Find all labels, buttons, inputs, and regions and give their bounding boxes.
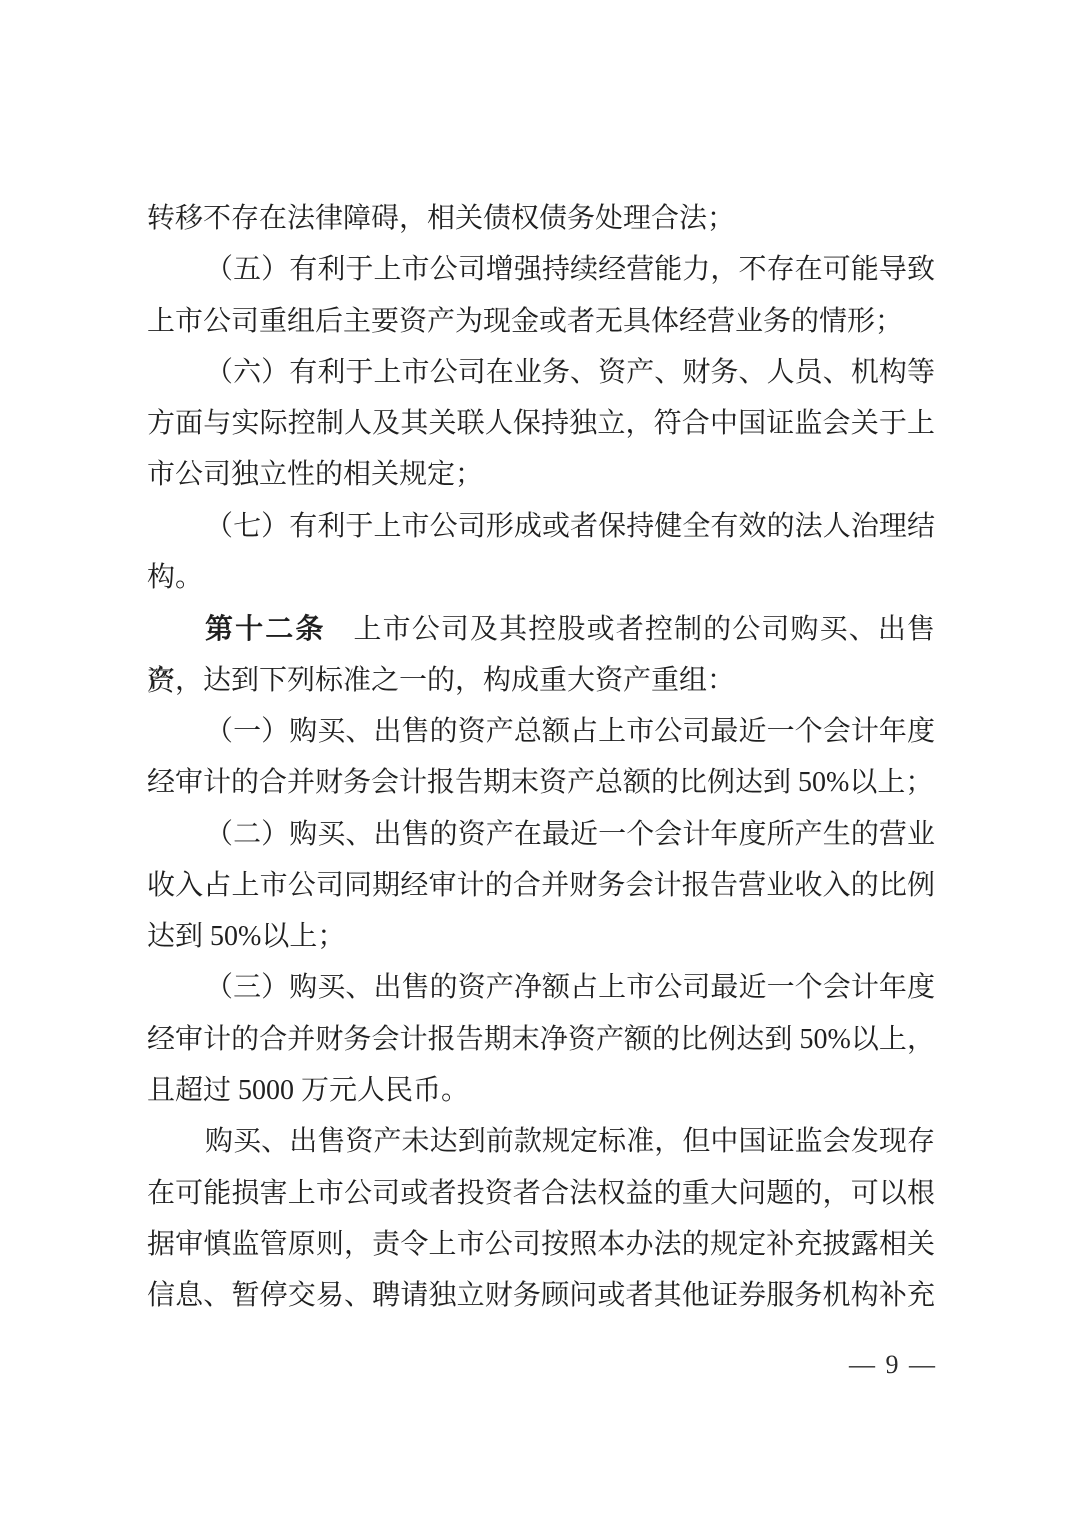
document-body: 转移不存在法律障碍，相关债权债务处理合法； （五）有利于上市公司增强持续经营能力… <box>147 193 935 1322</box>
text-line: 在可能损害上市公司或者投资者合法权益的重大问题的，可以根 <box>147 1168 935 1219</box>
article-number: 第十二条 <box>205 613 326 644</box>
text-line: 且超过 5000 万元人民币。 <box>147 1065 935 1116</box>
text-line: （五）有利于上市公司增强持续经营能力，不存在可能导致 <box>147 244 935 295</box>
text-line: 购买、出售资产未达到前款规定标准，但中国证监会发现存 <box>147 1116 935 1167</box>
text-line: 市公司独立性的相关规定； <box>147 449 935 500</box>
text-line: 第十二条上市公司及其控股或者控制的公司购买、出售资 <box>147 603 935 654</box>
text-line: 产，达到下列标准之一的，构成重大资产重组： <box>147 655 935 706</box>
document-page: 转移不存在法律障碍，相关债权债务处理合法； （五）有利于上市公司增强持续经营能力… <box>0 0 1080 1527</box>
text-line: （二）购买、出售的资产在最近一个会计年度所产生的营业 <box>147 809 935 860</box>
text-line: （三）购买、出售的资产净额占上市公司最近一个会计年度 <box>147 962 935 1013</box>
text-line: 据审慎监管原则，责令上市公司按照本办法的规定补充披露相关 <box>147 1219 935 1270</box>
text-line: （七）有利于上市公司形成或者保持健全有效的法人治理结 <box>147 501 935 552</box>
text-line: 收入占上市公司同期经审计的合并财务会计报告营业收入的比例 <box>147 860 935 911</box>
text-line: （六）有利于上市公司在业务、资产、财务、人员、机构等 <box>147 347 935 398</box>
text-line: 构。 <box>147 552 935 603</box>
text-line: （一）购买、出售的资产总额占上市公司最近一个会计年度 <box>147 706 935 757</box>
text-line: 经审计的合并财务会计报告期末净资产额的比例达到 50%以上， <box>147 1014 935 1065</box>
text-line: 达到 50%以上； <box>147 911 935 962</box>
text-line: 转移不存在法律障碍，相关债权债务处理合法； <box>147 193 935 244</box>
text-line: 上市公司重组后主要资产为现金或者无具体经营业务的情形； <box>147 296 935 347</box>
text-line: 信息、暂停交易、聘请独立财务顾问或者其他证券服务机构补充 <box>147 1270 935 1321</box>
text-line: 方面与实际控制人及其关联人保持独立，符合中国证监会关于上 <box>147 398 935 449</box>
page-number: — 9 — <box>849 1350 937 1380</box>
text-line: 经审计的合并财务会计报告期末资产总额的比例达到 50%以上； <box>147 757 935 808</box>
